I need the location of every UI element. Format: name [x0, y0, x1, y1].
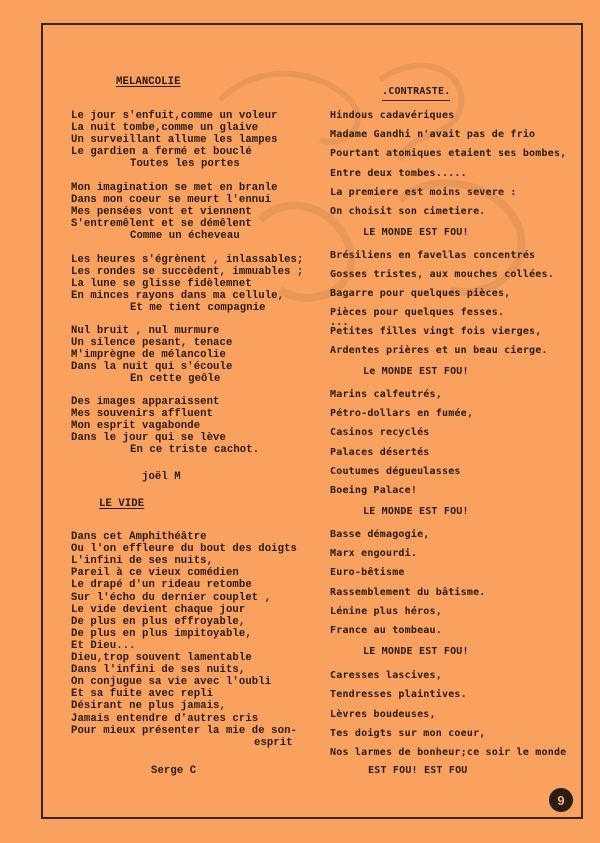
- poem-line: Pourtant atomiques etaient ses bombes,: [330, 148, 566, 160]
- poem-line: Entre deux tombes.....: [330, 168, 467, 180]
- poem-line: Marins calfeutrés,: [330, 389, 442, 401]
- poem-line: Palaces désertés: [330, 447, 430, 459]
- poem-line: Le jour s'enfuit,comme un voleur: [71, 110, 278, 122]
- poem-line: Pétro-dollars en fumée,: [330, 408, 473, 420]
- poem-line: Dans le jour qui se lève: [71, 432, 226, 444]
- poem-line: Euro-bêtisme: [330, 567, 405, 579]
- poem-line: Mes pensées vont et viennent: [71, 206, 252, 218]
- poem-line: Nos larmes de bonheur;ce soir le monde: [330, 747, 566, 759]
- poem-line: Pièces pour quelques fesses.: [330, 307, 504, 319]
- poem-line: Dans l'infini de ses nuits,: [71, 664, 245, 676]
- poem-line: La lune se glisse fidèlemnet: [71, 278, 252, 290]
- poem-line: Comme un écheveau: [130, 230, 240, 242]
- poem-line: esprit: [254, 737, 293, 749]
- poem-line: Et Dieu...: [71, 640, 136, 652]
- poem-line: Mes souvenirs affluent: [71, 408, 213, 420]
- poem-line: La nuit tombe,comme un glaive: [71, 122, 258, 134]
- poem-line: Toutes les portes: [130, 158, 240, 170]
- poem-line: Dans cet Amphithéâtre: [71, 531, 207, 543]
- poem-line: Jamais entendre d'autres cris: [71, 713, 258, 725]
- poem-line: S'entremêlent et se démêlent: [71, 218, 252, 230]
- poem-line: Gosses tristes, aux mouches collées.: [330, 269, 554, 281]
- refrain-le-monde-est-fou: LE MONDE EST FOU!: [363, 646, 469, 658]
- poem-line: Lèvres boudeuses,: [330, 709, 436, 721]
- poem-line: Un silence pesant, tenace: [71, 337, 232, 349]
- poem-line: Et sa fuite avec repli: [71, 688, 213, 700]
- poem-line: On conjugue sa vie avec l'oubli: [71, 676, 271, 688]
- poem-line: Le vide devient chaque jour: [71, 604, 245, 616]
- poem-line: Basse démagogie,: [330, 529, 430, 541]
- refrain-le-monde-est-fou: Le MONDE EST FOU!: [363, 366, 469, 378]
- poem-line: Boeing Palace!: [330, 485, 417, 497]
- poem-author: joël M: [142, 471, 181, 483]
- poem-line: Le gardien a fermé et bouclé: [71, 146, 252, 158]
- poem-line: Caresses lascives,: [330, 670, 442, 682]
- poem-title-le-vide: LE VIDE: [99, 498, 144, 510]
- refrain-le-monde-est-fou: LE MONDE EST FOU!: [363, 506, 469, 518]
- poem-line: Nul bruit , nul murmure: [71, 325, 220, 337]
- poem-line: La premiere est moins severe :: [330, 187, 517, 199]
- poem-line: Madame Gandhi n'avait pas de frio: [330, 129, 535, 141]
- poem-line: Désirant ne plus jamais,: [71, 700, 226, 712]
- poem-line: Lénine plus héros,: [330, 606, 442, 618]
- poem-title-melancolie: MELANCOLIE: [116, 76, 181, 88]
- poem-author: Serge C: [151, 765, 196, 777]
- poem-line: Tendresses plaintives.: [330, 689, 467, 701]
- poem-line: Le drapé d'un rideau retombe: [71, 579, 252, 591]
- poem-line: Rassemblement du bâtisme.: [330, 587, 486, 599]
- poem-line: Sur l'écho du dernier couplet ,: [71, 592, 271, 604]
- poem-title-contraste: .CONTRASTE.: [382, 86, 450, 101]
- poem-line: En cette geôle: [130, 373, 220, 385]
- poem-line: En minces rayons dans ma cellule,: [71, 290, 284, 302]
- poem-line: Brésiliens en favellas concentrés: [330, 250, 535, 262]
- poem-line: L'infini de ses nuits,: [71, 555, 213, 567]
- poem-line: Mon esprit vagabonde: [71, 420, 200, 432]
- poem-line: Dans mon coeur se meurt l'ennui: [71, 194, 271, 206]
- poem-line: Des images apparaissent: [71, 396, 220, 408]
- poem-line: De plus en plus impitoyable,: [71, 628, 252, 640]
- poem-line: Bagarre pour quelques pièces,: [330, 288, 510, 300]
- poem-line: En ce triste cachot.: [130, 444, 259, 456]
- poem-line: Les rondes se succèdent, immuables ;: [71, 266, 303, 278]
- refrain-le-monde-est-fou: LE MONDE EST FOU!: [363, 227, 469, 239]
- poem-line: Les heures s'égrènent , inlassables;: [71, 254, 303, 266]
- page-number-badge: 9: [549, 788, 573, 812]
- poem-line: Ardentes prières et un beau cierge.: [330, 345, 548, 357]
- poem-line: Coutumes dégueulasses: [330, 466, 461, 478]
- poem-line: Dieu,trop souvent lamentable: [71, 652, 252, 664]
- poem-line: Pour mieux présenter la mie de son-: [71, 725, 297, 737]
- poem-line: Ou l'on effleure du bout des doigts: [71, 543, 297, 555]
- poem-line: M'imprègne de mélancolie: [71, 349, 226, 361]
- poem-line: Petites filles vingt fois vierges,: [330, 326, 542, 338]
- poem-line: Casinos recyclés: [330, 427, 430, 439]
- poem-line: Et me tient compagnie: [130, 302, 266, 314]
- poem-line: Tes doigts sur mon coeur,: [330, 728, 486, 740]
- poem-line: France au tombeau.: [330, 625, 442, 637]
- poem-line: Pareil à ce vieux comédien: [71, 567, 239, 579]
- poem-line: Un surveillant allume les lampes: [71, 134, 278, 146]
- poem-line: Mon imagination se met en branle: [71, 182, 278, 194]
- poem-line: Marx engourdi.: [330, 548, 417, 560]
- poem-line: On choisit son cimetiere.: [330, 206, 486, 218]
- poem-line: De plus en plus effroyable,: [71, 616, 245, 628]
- poem-line: Dans la nuit qui s'écoule: [71, 361, 232, 373]
- poem-line: Hindous cadavériques: [330, 110, 454, 122]
- poem-line: EST FOU! EST FOU: [368, 765, 468, 777]
